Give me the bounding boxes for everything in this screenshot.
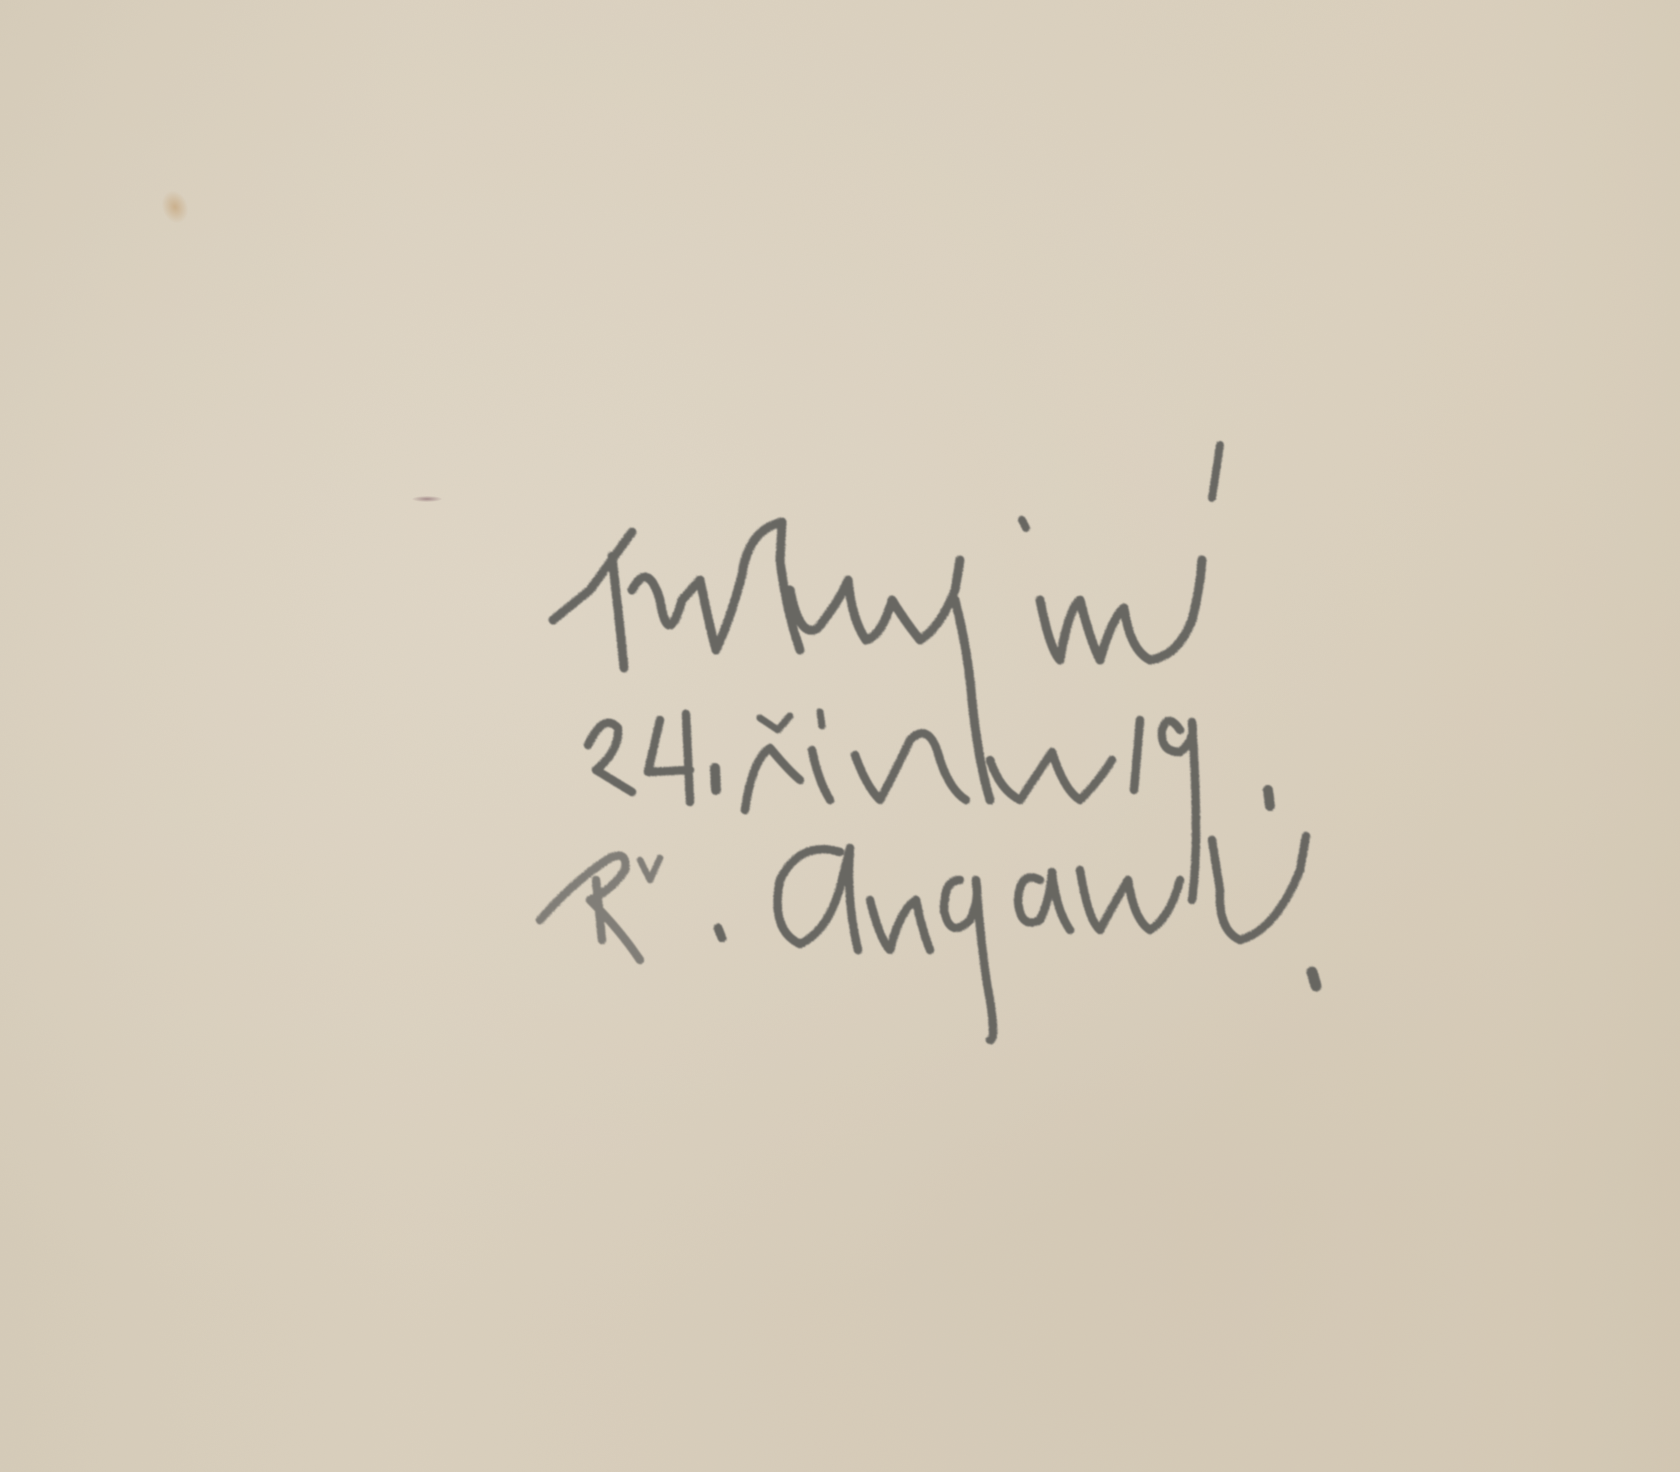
paper-background: Putenj mí 24. října 19. Ř. Angarová. bbox=[0, 0, 1680, 1472]
pencil-inscription bbox=[0, 0, 1680, 1472]
inscription-line-2 bbox=[588, 712, 1270, 900]
inscription-line-3 bbox=[540, 836, 1316, 1040]
